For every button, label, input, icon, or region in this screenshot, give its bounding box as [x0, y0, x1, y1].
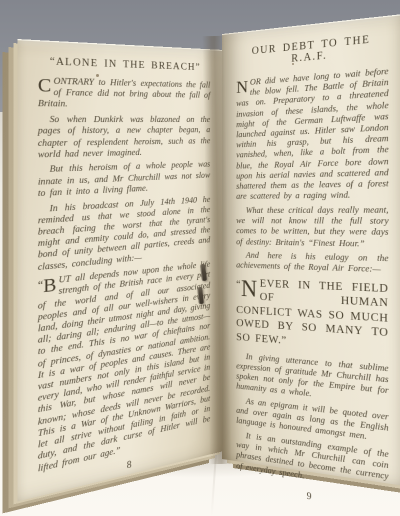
paragraph: CONTRARY to Hitler's expectations the fa… [38, 75, 210, 111]
photo-open-booklet: “ALONE IN THE BREACH” CONTRARY to Hitler… [0, 0, 400, 516]
paragraph: But this heroism of a whole people was i… [38, 160, 210, 200]
right-page-heading: OUR DEBT TO THE R.A.F. [236, 32, 388, 70]
famous-quote: “NEVER IN THE FIELD OF HUMAN CONFLICT WA… [236, 276, 388, 356]
paragraph: So when Dunkirk was blazoned on the page… [38, 114, 210, 160]
paragraph: And here is his eulogy on the achievemen… [236, 251, 388, 277]
paragraph-text: EVER IN THE FIELD OF HUMAN CONFLICT WAS … [236, 278, 388, 347]
paragraph: NOR did we have long to wait before the … [236, 66, 388, 202]
right-page: OUR DEBT TO THE R.A.F. NOR did we have l… [222, 14, 400, 486]
dropcap-letter: N [241, 276, 260, 299]
paragraph-text: UT all depends now upon the whole life s… [38, 260, 210, 474]
left-page: “ALONE IN THE BREACH” CONTRARY to Hitler… [18, 39, 224, 501]
paragraph: What these critical days really meant, w… [236, 205, 388, 250]
paragraph-text: OR did we have long to wait before the b… [236, 66, 388, 201]
paragraph-text: ONTRARY to Hitler's expectations the fal… [38, 76, 210, 109]
foxing-speck [96, 74, 99, 77]
left-page-heading: “ALONE IN THE BREACH” [38, 56, 210, 73]
foxing-speck [292, 63, 294, 65]
dropcap-letter: C [38, 75, 54, 93]
dropcap-letter: N [236, 78, 250, 95]
churchill-quote: “BUT all depends now upon the whole life… [38, 260, 210, 475]
dropcap-letter: B [43, 275, 59, 295]
